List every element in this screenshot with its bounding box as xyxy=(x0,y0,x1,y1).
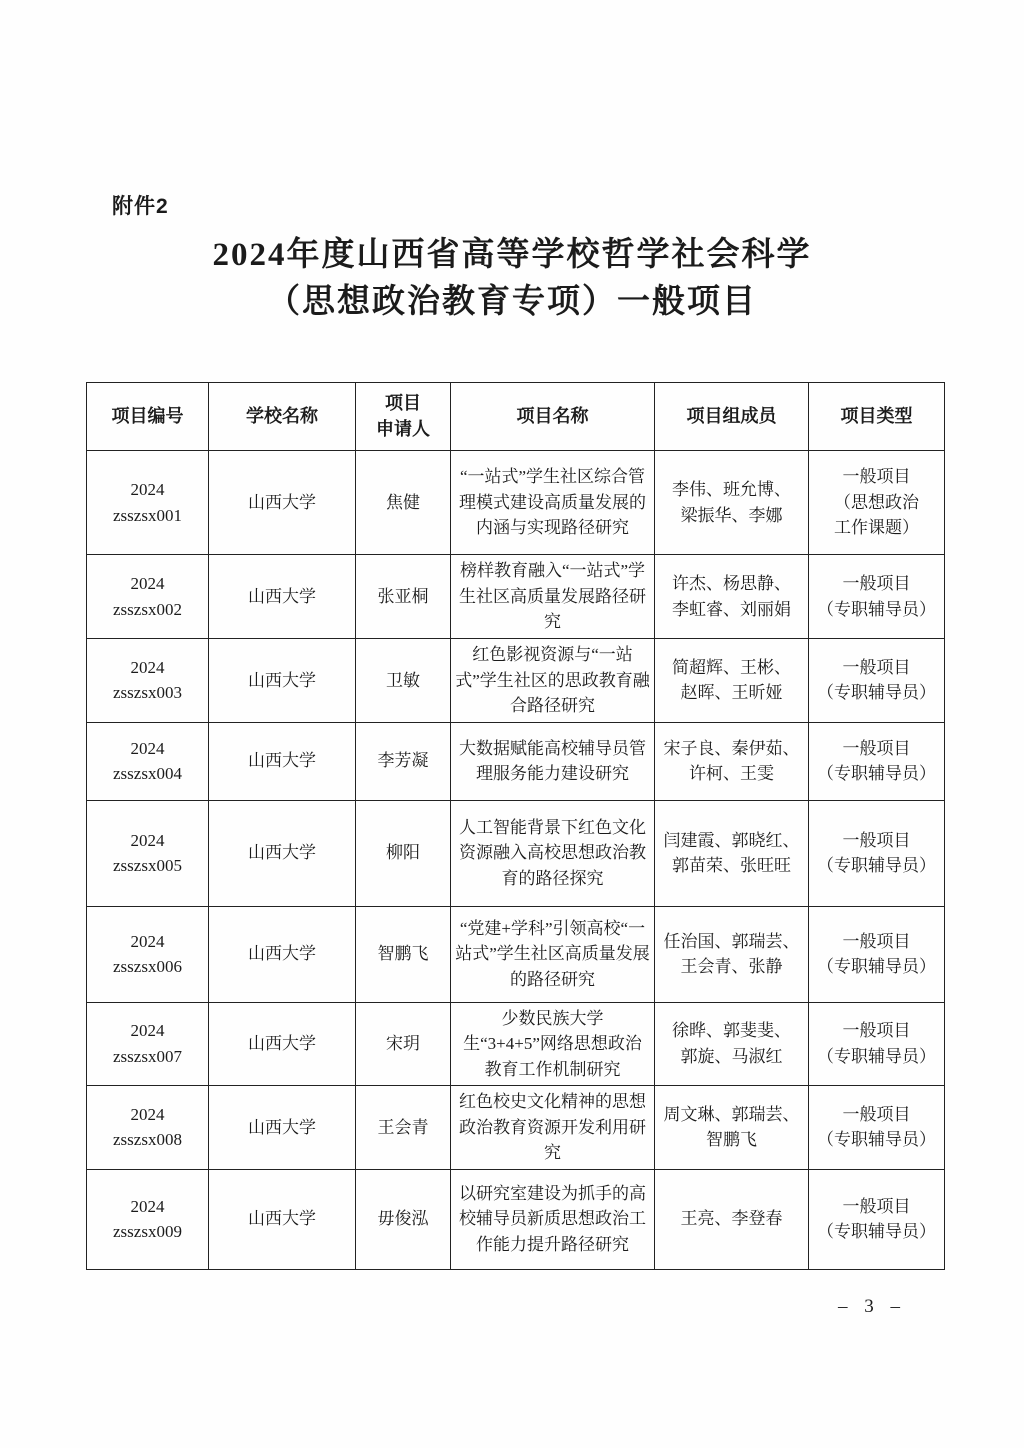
project-type: 一般项目 （专职辅导员） xyxy=(809,1086,945,1170)
table-row: 2024 zsszsx003 山西大学 卫敏 红色影视资源与“一站式”学生社区的… xyxy=(87,639,945,723)
projects-table: 项目编号 学校名称 项目 申请人 项目名称 项目组成员 项目类型 2024 zs… xyxy=(86,382,945,1270)
applicant-name: 焦健 xyxy=(356,451,451,555)
table-row: 2024 zsszsx008 山西大学 王会青 红色校史文化精神的思想政治教育资… xyxy=(87,1086,945,1170)
project-type: 一般项目 （专职辅导员） xyxy=(809,555,945,639)
project-code: 2024 zsszsx004 xyxy=(87,722,209,800)
page-number: – 3 – xyxy=(838,1296,906,1318)
col-header-project-name: 项目名称 xyxy=(451,383,655,451)
project-name: 少数民族大学生“3+4+5”网络思想政治教育工作机制研究 xyxy=(451,1002,655,1086)
applicant-name: 王会青 xyxy=(356,1086,451,1170)
applicant-name: 毋俊泓 xyxy=(356,1169,451,1269)
school-name: 山西大学 xyxy=(209,555,356,639)
school-name: 山西大学 xyxy=(209,722,356,800)
team-members: 周文琳、郭瑞芸、 智鹏飞 xyxy=(655,1086,809,1170)
school-name: 山西大学 xyxy=(209,1169,356,1269)
project-code: 2024 zsszsx007 xyxy=(87,1002,209,1086)
applicant-name: 宋玥 xyxy=(356,1002,451,1086)
col-header-school-name: 学校名称 xyxy=(209,383,356,451)
project-name: 红色影视资源与“一站式”学生社区的思政教育融合路径研究 xyxy=(451,639,655,723)
attachment-label: 附件2 xyxy=(112,190,169,220)
table-row: 2024 zsszsx007 山西大学 宋玥 少数民族大学生“3+4+5”网络思… xyxy=(87,1002,945,1086)
table-row: 2024 zsszsx002 山西大学 张亚桐 榜样教育融入“一站式”学生社区高… xyxy=(87,555,945,639)
team-members: 宋子良、秦伊茹、 许柯、王雯 xyxy=(655,722,809,800)
applicant-name: 柳阳 xyxy=(356,800,451,906)
project-type: 一般项目 （专职辅导员） xyxy=(809,800,945,906)
project-code: 2024 zsszsx001 xyxy=(87,451,209,555)
school-name: 山西大学 xyxy=(209,1086,356,1170)
table-row: 2024 zsszsx001 山西大学 焦健 “一站式”学生社区综合管理模式建设… xyxy=(87,451,945,555)
team-members: 李伟、班允博、 梁振华、李娜 xyxy=(655,451,809,555)
project-type: 一般项目 （思想政治 工作课题） xyxy=(809,451,945,555)
school-name: 山西大学 xyxy=(209,906,356,1002)
team-members: 简超辉、王彬、 赵晖、王昕娅 xyxy=(655,639,809,723)
document-title-line1: 2024年度山西省高等学校哲学社会科学 xyxy=(0,232,1024,279)
team-members: 闫建霞、郭晓红、 郭苗荣、张旺旺 xyxy=(655,800,809,906)
document-title: 2024年度山西省高等学校哲学社会科学 （思想政治教育专项）一般项目 xyxy=(0,232,1024,326)
project-name: 大数据赋能高校辅导员管理服务能力建设研究 xyxy=(451,722,655,800)
project-code: 2024 zsszsx005 xyxy=(87,800,209,906)
table-row: 2024 zsszsx005 山西大学 柳阳 人工智能背景下红色文化资源融入高校… xyxy=(87,800,945,906)
applicant-name: 智鹏飞 xyxy=(356,906,451,1002)
team-members: 王亮、李登春 xyxy=(655,1169,809,1269)
school-name: 山西大学 xyxy=(209,639,356,723)
project-name: “一站式”学生社区综合管理模式建设高质量发展的内涵与实现路径研究 xyxy=(451,451,655,555)
team-members: 任治国、郭瑞芸、 王会青、张静 xyxy=(655,906,809,1002)
col-header-project-type: 项目类型 xyxy=(809,383,945,451)
applicant-name: 张亚桐 xyxy=(356,555,451,639)
project-code: 2024 zsszsx006 xyxy=(87,906,209,1002)
project-name: 红色校史文化精神的思想政治教育资源开发利用研究 xyxy=(451,1086,655,1170)
applicant-name: 卫敏 xyxy=(356,639,451,723)
col-header-team-members: 项目组成员 xyxy=(655,383,809,451)
document-title-line2: （思想政治教育专项）一般项目 xyxy=(0,279,1024,326)
applicant-name: 李芳凝 xyxy=(356,722,451,800)
project-type: 一般项目 （专职辅导员） xyxy=(809,722,945,800)
table-row: 2024 zsszsx006 山西大学 智鹏飞 “党建+学科”引领高校“一站式”… xyxy=(87,906,945,1002)
project-type: 一般项目 （专职辅导员） xyxy=(809,906,945,1002)
school-name: 山西大学 xyxy=(209,800,356,906)
table-header-row: 项目编号 学校名称 项目 申请人 项目名称 项目组成员 项目类型 xyxy=(87,383,945,451)
project-name: 人工智能背景下红色文化资源融入高校思想政治教育的路径探究 xyxy=(451,800,655,906)
table-row: 2024 zsszsx009 山西大学 毋俊泓 以研究室建设为抓手的高校辅导员新… xyxy=(87,1169,945,1269)
project-type: 一般项目 （专职辅导员） xyxy=(809,639,945,723)
school-name: 山西大学 xyxy=(209,1002,356,1086)
project-code: 2024 zsszsx002 xyxy=(87,555,209,639)
project-type: 一般项目 （专职辅导员） xyxy=(809,1169,945,1269)
team-members: 许杰、杨思静、 李虹睿、刘丽娟 xyxy=(655,555,809,639)
document-page: 附件2 2024年度山西省高等学校哲学社会科学 （思想政治教育专项）一般项目 项… xyxy=(0,0,1024,1448)
school-name: 山西大学 xyxy=(209,451,356,555)
col-header-applicant: 项目 申请人 xyxy=(356,383,451,451)
project-name: 以研究室建设为抓手的高校辅导员新质思想政治工作能力提升路径研究 xyxy=(451,1169,655,1269)
project-name: 榜样教育融入“一站式”学生社区高质量发展路径研究 xyxy=(451,555,655,639)
project-code: 2024 zsszsx008 xyxy=(87,1086,209,1170)
team-members: 徐晔、郭斐斐、 郭旋、马淑红 xyxy=(655,1002,809,1086)
table-row: 2024 zsszsx004 山西大学 李芳凝 大数据赋能高校辅导员管理服务能力… xyxy=(87,722,945,800)
col-header-project-code: 项目编号 xyxy=(87,383,209,451)
project-code: 2024 zsszsx009 xyxy=(87,1169,209,1269)
project-code: 2024 zsszsx003 xyxy=(87,639,209,723)
project-type: 一般项目 （专职辅导员） xyxy=(809,1002,945,1086)
project-name: “党建+学科”引领高校“一站式”学生社区高质量发展的路径研究 xyxy=(451,906,655,1002)
